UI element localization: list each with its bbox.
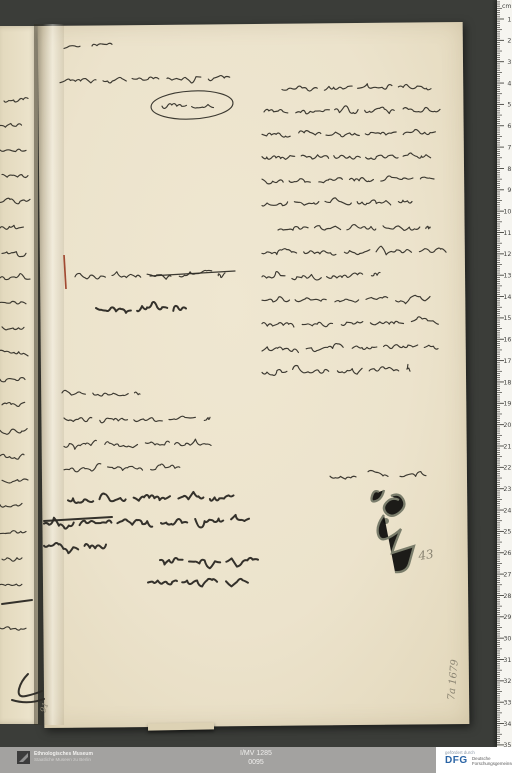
page-bottom-tab <box>148 722 214 730</box>
svg-text:16: 16 <box>503 337 511 344</box>
svg-text:5: 5 <box>507 102 511 109</box>
svg-text:20: 20 <box>503 422 511 429</box>
svg-text:14: 14 <box>503 294 511 301</box>
svg-text:34: 34 <box>503 721 511 728</box>
svg-text:32: 32 <box>503 678 511 685</box>
caption-bar: Ethnologisches Museum Staatliche Museen … <box>0 747 512 773</box>
svg-text:4: 4 <box>507 80 511 87</box>
funding-org-name: Deutsche Forschungsgemeinschaft <box>472 756 512 766</box>
previous-page-edge <box>0 26 38 724</box>
svg-text:28: 28 <box>503 593 511 600</box>
svg-text:12: 12 <box>503 251 511 258</box>
svg-text:23: 23 <box>503 486 511 493</box>
svg-text:11: 11 <box>503 230 511 237</box>
svg-text:21: 21 <box>503 443 511 450</box>
svg-text:10: 10 <box>503 209 511 216</box>
dfg-funding-card: gefördert durch DFG Deutsche Forschungsg… <box>436 747 512 773</box>
svg-text:7: 7 <box>507 144 511 151</box>
funding-org-line2: Forschungsgemeinschaft <box>472 761 512 766</box>
svg-text:2: 2 <box>507 38 511 45</box>
svg-text:13: 13 <box>503 273 511 280</box>
svg-text:29: 29 <box>503 614 511 621</box>
svg-text:31: 31 <box>503 657 511 664</box>
svg-text:22: 22 <box>503 465 511 472</box>
svg-text:8: 8 <box>507 166 511 173</box>
svg-text:3: 3 <box>507 59 511 66</box>
svg-text:33: 33 <box>503 700 511 707</box>
manuscript-page <box>38 22 470 728</box>
svg-text:19: 19 <box>503 401 511 408</box>
scan-viewport: 91 <box>0 0 512 773</box>
ruler: cm12345678910111213141516171819202122232… <box>497 0 512 747</box>
svg-text:27: 27 <box>503 571 511 578</box>
svg-text:25: 25 <box>503 529 511 536</box>
svg-text:9: 9 <box>507 187 511 194</box>
svg-text:6: 6 <box>507 123 511 130</box>
svg-text:1: 1 <box>507 16 511 23</box>
svg-text:24: 24 <box>503 507 511 514</box>
svg-text:cm: cm <box>502 3 511 10</box>
svg-text:15: 15 <box>503 315 511 322</box>
svg-text:17: 17 <box>503 358 511 365</box>
svg-text:18: 18 <box>503 379 511 386</box>
svg-text:26: 26 <box>503 550 511 557</box>
binding-crease <box>34 24 64 725</box>
dfg-logo: DFG <box>445 755 468 766</box>
svg-text:30: 30 <box>503 636 511 643</box>
